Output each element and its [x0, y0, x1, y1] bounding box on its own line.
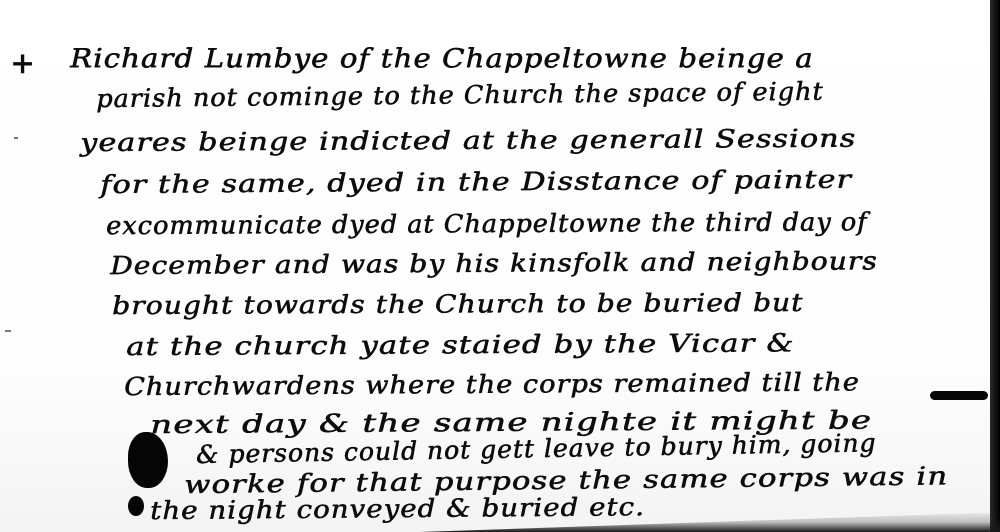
ink-stroke-right [930, 391, 988, 400]
manuscript-page: + Richard Lumbye of the Chappeltowne bei… [0, 0, 1000, 532]
ink-blot [128, 432, 168, 488]
manuscript-line-8: at the church yate staied by the Vicar & [126, 328, 795, 361]
manuscript-line-5: excommunicate dyed at Chappeltowne the t… [106, 207, 868, 240]
manuscript-line-6: December and was by his kinsfolk and nei… [110, 246, 878, 280]
ink-blot-small [128, 496, 144, 516]
manuscript-line-1: Richard Lumbye of the Chappeltowne being… [70, 44, 814, 74]
manuscript-line-3: yeares beinge indicted at the generall S… [80, 123, 856, 157]
margin-cross-mark: + [10, 46, 35, 81]
manuscript-line-9: Churchwardens where the corps remained t… [124, 367, 860, 401]
manuscript-line-7: brought towards the Church to be buried … [112, 288, 804, 320]
manuscript-line-2: parish not cominge to the Church the spa… [96, 77, 824, 113]
page-edge-right [990, 0, 1000, 532]
manuscript-line-4: for the same, dyed in the Disstance of p… [100, 165, 852, 199]
manuscript-line-13: the night conveyed & buried etc. [150, 492, 645, 525]
paper-speck [5, 330, 11, 332]
paper-speck [14, 137, 18, 139]
